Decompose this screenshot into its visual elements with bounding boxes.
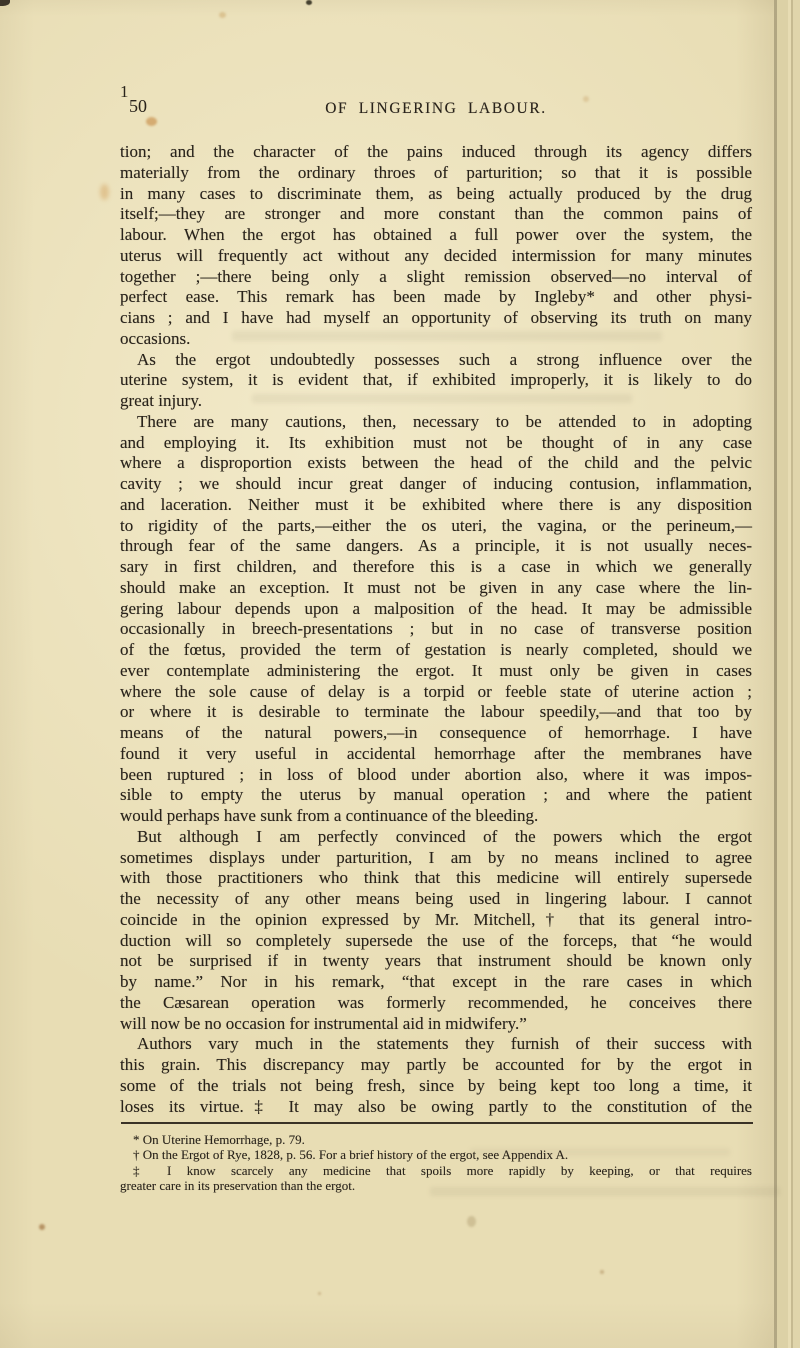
text-line: coincide in the opinion expressed by Mr.… [120, 910, 752, 931]
text-line: means of the natural powers,—in conseque… [120, 723, 752, 744]
footnote-line: ‡ I know scarcely any medicine that spoi… [120, 1163, 752, 1178]
text-line: As the ergot undoubtedly possesses such … [120, 350, 752, 371]
text-line: been ruptured ; in loss of blood under a… [120, 765, 752, 786]
text-line: where the sole cause of delay is a torpi… [120, 682, 752, 703]
text-line: cians ; and I have had myself an opportu… [120, 308, 752, 329]
text-line: But although I am perfectly convinced of… [120, 827, 752, 848]
text-line: There are many cautions, then, necessary… [120, 412, 752, 433]
scan-edge-mark [0, 0, 10, 6]
foxing-spot [100, 184, 109, 200]
body-text: tion; and the character of the pains ind… [120, 142, 752, 1117]
text-line: occasionally in breech-presentations ; b… [120, 619, 752, 640]
text-line: would perhaps have sunk from a continuan… [120, 806, 752, 827]
foxing-spot [146, 117, 157, 126]
text-line: sometimes displays under parturition, I … [120, 848, 752, 869]
text-line: Authors vary much in the statements they… [120, 1034, 752, 1055]
scanned-book-page: 1 50 OF LINGERING LABOUR. tion; and the … [0, 0, 800, 1348]
text-line: the Cæsarean operation was formerly reco… [120, 993, 752, 1014]
text-line: will now be no occasion for instrumental… [120, 1014, 752, 1035]
text-line: and employing it. Its exhibition must no… [120, 433, 752, 454]
text-line: loses its virtue.‡ It may also be owing … [120, 1097, 752, 1118]
showthrough-ghost [252, 394, 632, 403]
text-line: this grain. This discrepancy may partly … [120, 1055, 752, 1076]
text-line: or where it is desirable to terminate th… [120, 702, 752, 723]
text-line: where a disproportion exists between the… [120, 453, 752, 474]
showthrough-ghost [232, 331, 662, 341]
text-line: gering labour depends upon a malposition… [120, 599, 752, 620]
text-line: should make an exception. It must not be… [120, 578, 752, 599]
text-line: tion; and the character of the pains ind… [120, 142, 752, 163]
text-line: of the fœtus, provided the term of gesta… [120, 640, 752, 661]
scan-edge-mark [306, 0, 312, 5]
footnote-separator-rule [121, 1122, 753, 1124]
text-line: through fear of the same dangers. As a p… [120, 536, 752, 557]
text-line: by name.” Nor in his remark, “that excep… [120, 972, 752, 993]
foxing-spot [219, 12, 226, 18]
text-line: perfect ease. This remark has been made … [120, 287, 752, 308]
text-line: labour. When the ergot has obtained a fu… [120, 225, 752, 246]
foxing-spot [318, 1292, 321, 1295]
text-line: sible to empty the uterus by manual oper… [120, 785, 752, 806]
text-line: cavity ; we should incur great danger of… [120, 474, 752, 495]
foxing-spot [467, 1216, 476, 1227]
text-line: sary in first children, and therefore th… [120, 557, 752, 578]
text-line: with those practitioners who think that … [120, 868, 752, 889]
foxing-spot [39, 1224, 45, 1230]
showthrough-ghost [430, 1187, 780, 1196]
text-line: uterine system, it is evident that, if e… [120, 370, 752, 391]
foxing-spot [583, 96, 589, 102]
text-line: itself;—they are stronger and more const… [120, 204, 752, 225]
text-line: in many cases to discriminate them, as b… [120, 184, 752, 205]
next-page-edge [777, 0, 800, 1348]
text-line: to rigidity of the parts,—either the os … [120, 516, 752, 537]
footnote-line: * On Uterine Hemorrhage, p. 79. [120, 1132, 752, 1147]
foxing-spot [600, 1270, 604, 1274]
text-line: found it very useful in accidental hemor… [120, 744, 752, 765]
text-line: some of the trials not being fresh, sinc… [120, 1076, 752, 1097]
text-line: not be surprised if in twenty years that… [120, 951, 752, 972]
page-number-superscript: 1 [120, 82, 129, 102]
text-line: duction will so completely supersede the… [120, 931, 752, 952]
running-header: OF LINGERING LABOUR. [120, 100, 752, 118]
text-line: and laceration. Neither must it be exhib… [120, 495, 752, 516]
text-line: the necessity of any other means being u… [120, 889, 752, 910]
showthrough-ghost [470, 1148, 730, 1156]
text-line: ever contemplate administering the ergot… [120, 661, 752, 682]
text-line: materially from the ordinary throes of p… [120, 163, 752, 184]
footnotes: * On Uterine Hemorrhage, p. 79.† On the … [120, 1132, 752, 1193]
text-line: uterus will frequently act without any d… [120, 246, 752, 267]
text-line: together ;—there being only a slight rem… [120, 267, 752, 288]
